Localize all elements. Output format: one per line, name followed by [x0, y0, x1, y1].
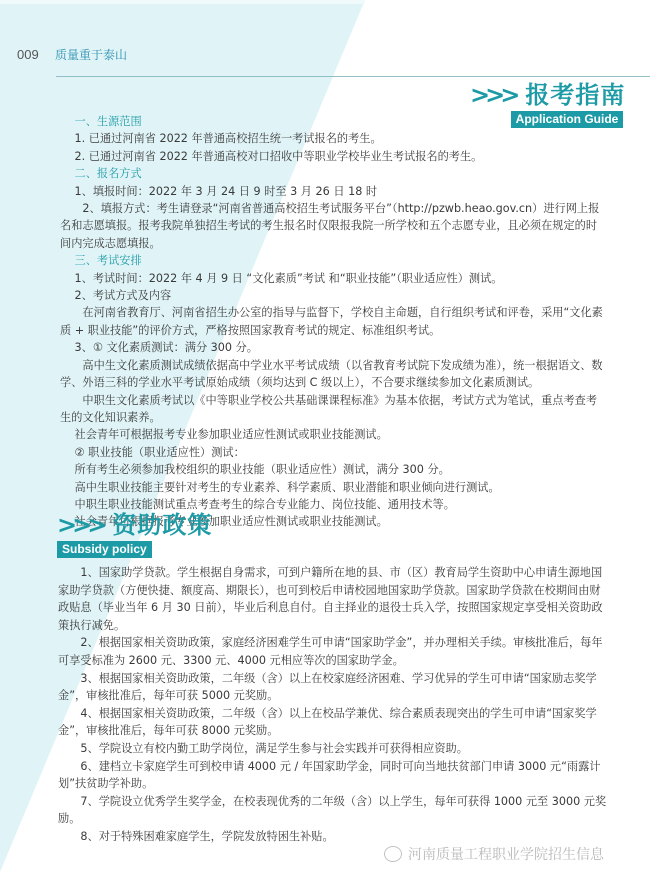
- policy-item: 7、学院设立优秀学生奖学金，在校表现优秀的二年级（含）以上学生，每年可获得 10…: [58, 793, 608, 828]
- policy-item: 3、根据国家相关资助政策，二年级（含）以上在校家庭经济困难、学习优异的学生可申请…: [58, 670, 608, 705]
- header-divider: [56, 76, 650, 77]
- document-page: 009 质量重于泰山 >>> 报考指南 Application Guide 一、…: [0, 0, 650, 881]
- section-heading: 一、生源范围: [60, 113, 608, 130]
- paragraph: 所有考生必须参加我校组织的职业技能（职业适应性）测试，满分 300 分。: [60, 461, 608, 478]
- page-number: 009: [17, 47, 55, 62]
- subsidy-policy-heading: >>> 资助政策 Subsidy policy: [57, 513, 212, 558]
- application-guide-body: 一、生源范围 1. 已通过河南省 2022 年普通高校招生统一考试报名的考生。 …: [60, 113, 608, 531]
- section-heading: 三、考试安排: [60, 252, 608, 269]
- paragraph: 1、填报时间：2022 年 3 月 24 日 9 时至 3 月 26 日 18 …: [60, 183, 608, 200]
- watermark-text: 河南质量工程职业学院招生信息: [408, 844, 604, 864]
- subsidy-policy-body: 1、国家助学贷款。学生根据自身需求，可到户籍所在地的县、市（区）教育局学生资助中…: [58, 564, 608, 846]
- subsidy-policy-en-badge: Subsidy policy: [57, 541, 152, 558]
- policy-item: 1、国家助学贷款。学生根据自身需求，可到户籍所在地的县、市（区）教育局学生资助中…: [58, 564, 608, 634]
- wechat-icon: [384, 846, 402, 862]
- page-header: 009 质量重于泰山: [17, 44, 127, 64]
- triple-chevron-icon: >>>: [470, 83, 515, 107]
- policy-item: 2、根据国家相关资助政策，家庭经济困难学生可申请“国家助学金”，并办理相关手续。…: [58, 634, 608, 669]
- policy-item: 4、根据国家相关资助政策，二年级（含）以上在校品学兼优、综合素质表现突出的学生可…: [58, 705, 608, 740]
- paragraph: 2. 已通过河南省 2022 年普通高校对口招收中等职业学校毕业生考试报名的考生…: [60, 148, 608, 165]
- subsidy-policy-title: 资助政策: [112, 513, 212, 537]
- paragraph: 高中生文化素质测试成绩依据高中学业水平考试成绩（以省教育考试院下发成绩为准），统…: [60, 357, 608, 392]
- paragraph: 社会青年可根据报考专业参加职业适应性测试或职业技能测试。: [60, 426, 608, 443]
- paragraph: 1. 已通过河南省 2022 年普通高校招生统一考试报名的考生。: [60, 130, 608, 147]
- paragraph: 高中生职业技能主要针对考生的专业素养、科学素质、职业潜能和职业倾向进行测试。: [60, 479, 608, 496]
- paragraph: ② 职业技能（职业适应性）测试：: [60, 444, 608, 461]
- watermark: 河南质量工程职业学院招生信息: [384, 844, 604, 864]
- paragraph: 2、考试方式及内容: [60, 287, 608, 304]
- paragraph: 2、填报方式：考生请登录“河南省普通高校招生考试服务平台”（http://pzw…: [60, 200, 608, 252]
- policy-item: 5、学院设立有校内勤工助学岗位，满足学生参与社会实践并可获得相应资助。: [58, 740, 608, 758]
- paragraph: 中职生文化素质考试以《中等职业学校公共基础课课程标准》为基本依据，考试方式为笔试…: [60, 392, 608, 427]
- triple-chevron-icon: >>>: [57, 513, 102, 537]
- application-guide-title: 报考指南: [525, 83, 625, 107]
- paragraph: 1、考试时间：2022 年 4 月 9 日 “文化素质”考试 和“职业技能”（职…: [60, 270, 608, 287]
- section-heading: 二、报名方式: [60, 165, 608, 182]
- policy-item: 6、建档立卡家庭学生可到校申请 4000 元 / 年国家助学金，同时可向当地扶贫…: [58, 758, 608, 793]
- policy-item: 8、对于特殊困难家庭学生，学院发放特困生补贴。: [58, 828, 608, 846]
- header-title: 质量重于泰山: [55, 46, 127, 63]
- paragraph: 3、① 文化素质测试：满分 300 分。: [60, 339, 608, 356]
- paragraph: 在河南省教育厅、河南省招生办公室的指导与监督下，学校自主命题，自行组织考试和评卷…: [60, 304, 608, 339]
